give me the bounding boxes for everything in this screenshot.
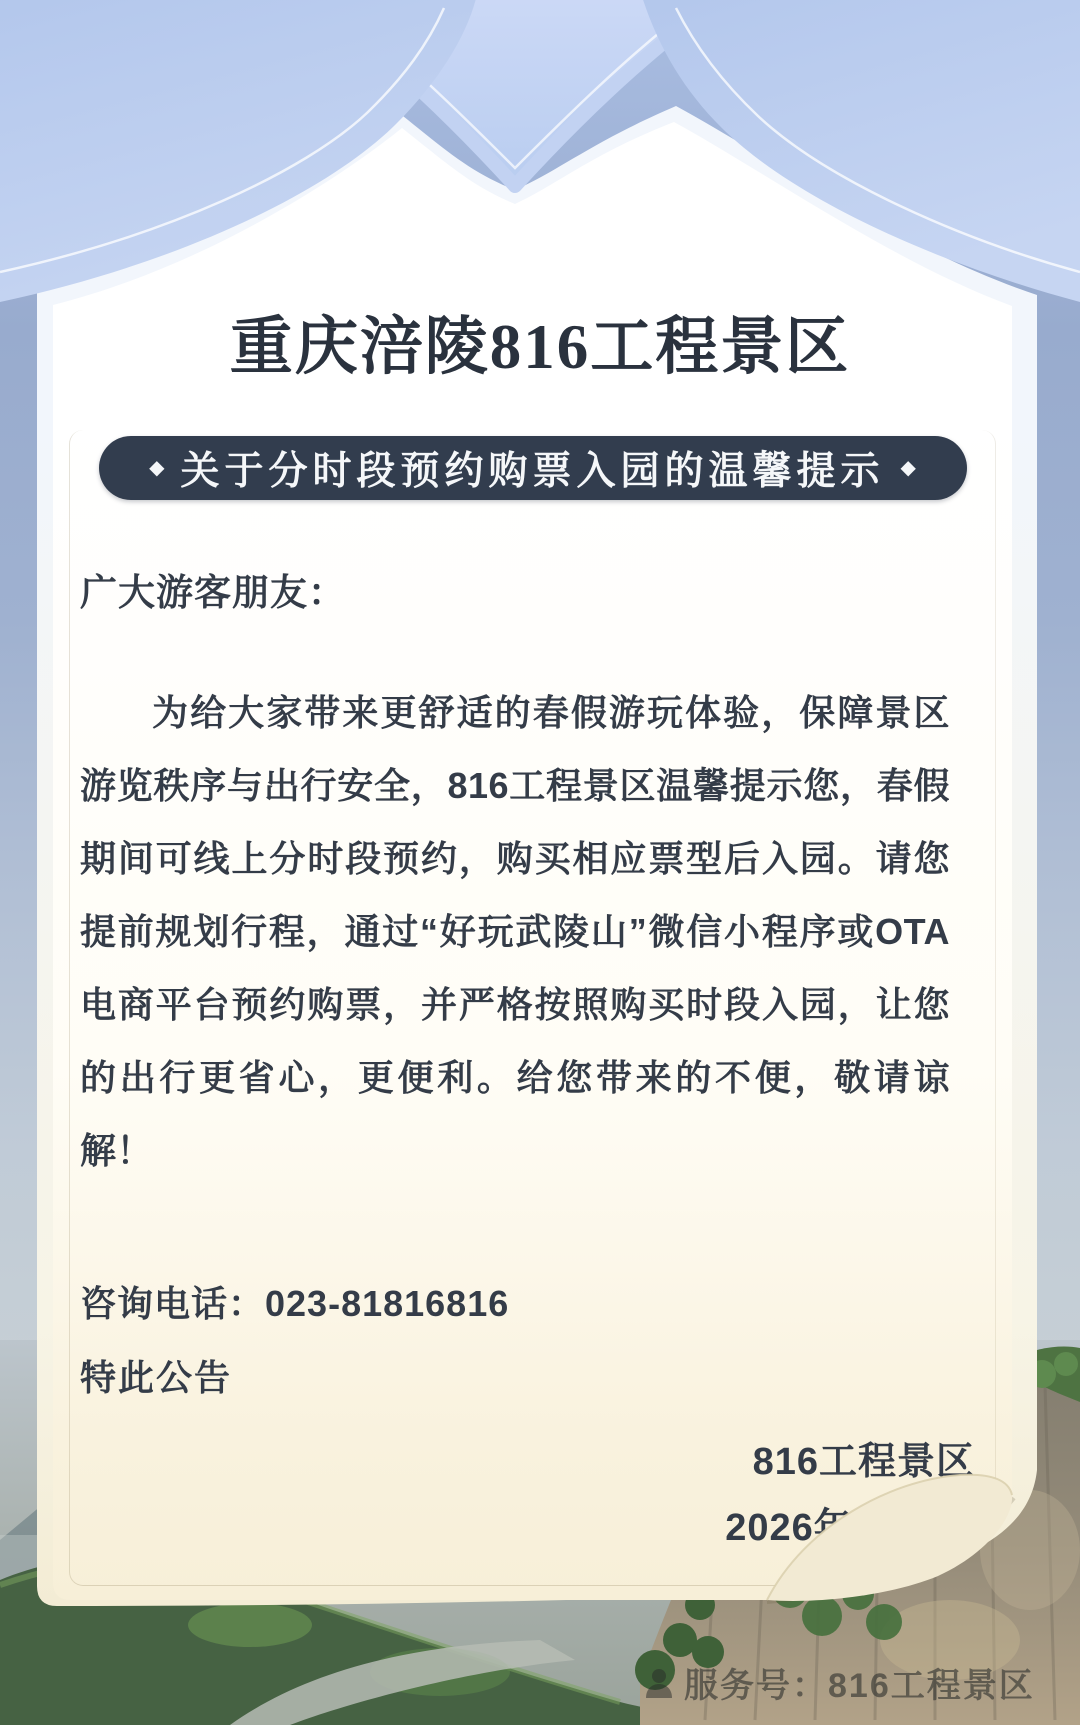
poster-title: 重庆涪陵816工程景区	[0, 296, 1080, 387]
watermark-text: 服务号：816工程景区	[684, 1658, 1035, 1707]
curl-fold	[767, 1475, 1012, 1601]
banner-text: 关于分时段预约购票入园的温馨提示	[180, 440, 884, 496]
watermark: 服务号：816工程景区	[644, 1658, 1035, 1707]
diamond-bullet-left-icon: ◆	[149, 458, 164, 478]
page-curl	[750, 1462, 1040, 1612]
body-paragraph: 为给大家带来更舒适的春假游玩体验，保障景区游览秩序与出行安全，816工程景区温馨…	[80, 676, 950, 1187]
announcement-card: ◆ 关于分时段预约购票入园的温馨提示 ◆ 广大游客朋友： 为给大家带来更舒适的春…	[53, 420, 1012, 1600]
announcement-poster: ◆ 关于分时段预约购票入园的温馨提示 ◆ 广大游客朋友： 为给大家带来更舒适的春…	[0, 0, 1080, 1725]
phone-label: 咨询电话：	[80, 1283, 265, 1324]
official-account-person-icon	[644, 1666, 674, 1700]
notice-label: 特此公告	[80, 1341, 1012, 1415]
diamond-bullet-right-icon: ◆	[901, 458, 916, 478]
subtitle-banner: ◆ 关于分时段预约购票入园的温馨提示 ◆	[99, 436, 967, 500]
sunlit-patch	[188, 1603, 312, 1647]
salutation: 广大游客朋友：	[80, 568, 1012, 618]
phone-line: 咨询电话：023-81816816	[80, 1267, 1012, 1341]
phone-number: 023-81816816	[265, 1283, 509, 1324]
tree	[1054, 1352, 1078, 1376]
